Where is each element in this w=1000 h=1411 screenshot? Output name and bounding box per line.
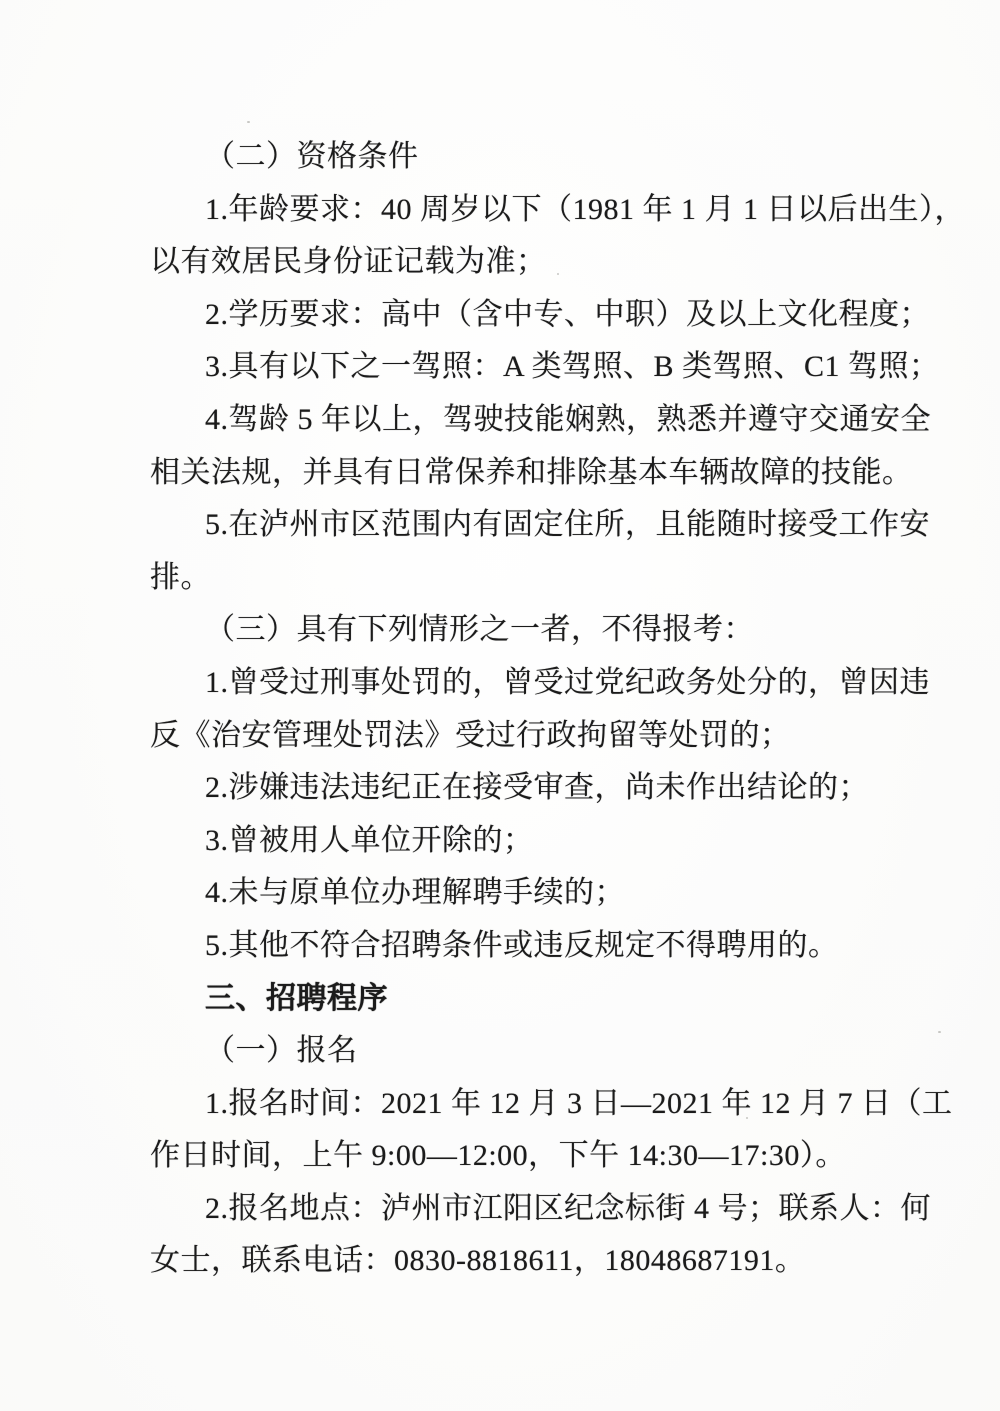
document-page: （二）资格条件1.年龄要求：40 周岁以下（1981 年 1 月 1 日以后出生…	[0, 0, 1000, 1411]
document-text-block: （二）资格条件1.年龄要求：40 周岁以下（1981 年 1 月 1 日以后出生…	[150, 131, 860, 1288]
scan-speck	[247, 121, 250, 123]
text-line: 4.驾龄 5 年以上，驾驶技能娴熟，熟悉并遵守交通安全	[150, 394, 860, 447]
text-line: 3.曾被用人单位开除的；	[150, 815, 860, 868]
text-line: 2.涉嫌违法违纪正在接受审查，尚未作出结论的；	[150, 762, 860, 815]
text-line: 1.报名时间：2021 年 12 月 3 日—2021 年 12 月 7 日（工	[150, 1078, 860, 1131]
text-line: 反《治安管理处罚法》受过行政拘留等处罚的；	[150, 710, 860, 763]
text-line: 作日时间，上午 9:00—12:00，下午 14:30—17:30）。	[150, 1130, 860, 1183]
text-line: 4.未与原单位办理解聘手续的；	[150, 867, 860, 920]
text-line: （一）报名	[150, 1025, 860, 1078]
text-line: 相关法规，并具有日常保养和排除基本车辆故障的技能。	[150, 447, 860, 500]
text-line: 2.报名地点：泸州市江阳区纪念标街 4 号；联系人：何	[150, 1183, 860, 1236]
scan-speck	[938, 1031, 941, 1033]
text-line: （二）资格条件	[150, 131, 860, 184]
text-line: 5.其他不符合招聘条件或违反规定不得聘用的。	[150, 920, 860, 973]
section-heading-line: 三、招聘程序	[150, 973, 860, 1026]
text-line: 5.在泸州市区范围内有固定住所，且能随时接受工作安	[150, 499, 860, 552]
text-line: 1.年龄要求：40 周岁以下（1981 年 1 月 1 日以后出生），	[150, 184, 860, 237]
text-line: 以有效居民身份证记载为准；	[150, 236, 860, 289]
text-line: 3.具有以下之一驾照：A 类驾照、B 类驾照、C1 驾照；	[150, 341, 860, 394]
text-line: （三）具有下列情形之一者，不得报考：	[150, 604, 860, 657]
text-line: 1.曾受过刑事处罚的，曾受过党纪政务处分的，曾因违	[150, 657, 860, 710]
text-line: 排。	[150, 552, 860, 605]
text-line: 2.学历要求：高中（含中专、中职）及以上文化程度；	[150, 289, 860, 342]
text-line: 女士，联系电话：0830-8818611，18048687191。	[150, 1235, 860, 1288]
